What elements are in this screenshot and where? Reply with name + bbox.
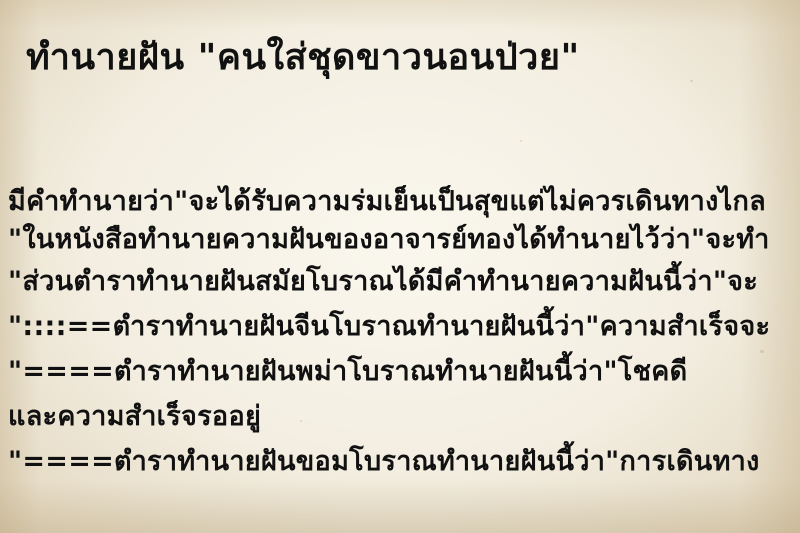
paper-speck	[690, 80, 693, 82]
text-line: "::::==ตำราทำนายฝันจีนโบราณทำนายฝันนี้ว่…	[8, 313, 770, 340]
text-line: "ส่วนตำราทำนายฝันสมัยโบราณได้มีคำทำนายคว…	[8, 268, 758, 295]
text-line: "====ตำราทำนายฝันขอมโบราณทำนายฝันนี้ว่า"…	[8, 448, 760, 475]
paper-speck	[760, 350, 764, 353]
text-line: มีคำทำนายว่า"จะได้รับความร่มเย็นเป็นสุขแ…	[8, 188, 766, 215]
text-line: "ในหนังสือทำนายความฝันของอาจารย์ทองได้ทำ…	[8, 226, 770, 253]
paper-speck	[520, 140, 522, 142]
text-line: "====ตำราทำนายฝันพม่าโบราณทำนายฝันนี้ว่า…	[8, 358, 687, 385]
text-line: และความสำเร็จรออยู่	[8, 403, 261, 430]
paper-speck	[300, 420, 302, 422]
page-title: ทำนายฝัน "คนใส่ชุดขาวนอนป่วย"	[26, 36, 580, 79]
